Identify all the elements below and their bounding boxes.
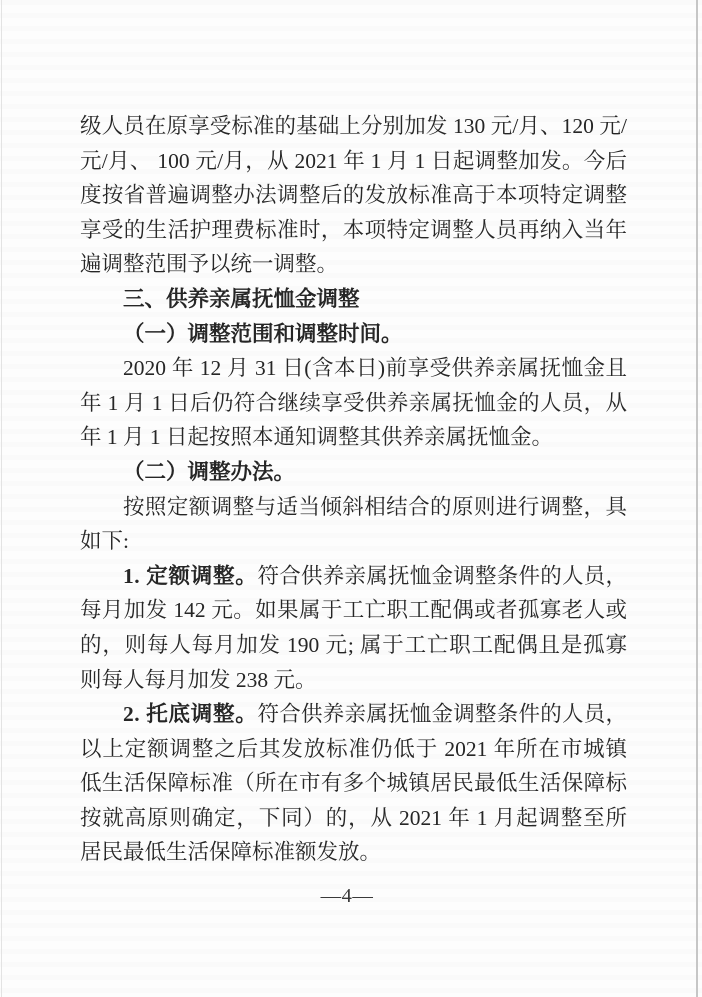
text-line: 的，则每人每月加发 190 元; 属于工亡职工配偶且是孤寡老人的， [80, 628, 627, 663]
text-line: 如下: [80, 524, 627, 559]
text-line: 按就高原则确定，下同）的，从 2021 年 1 月起调整至所在市城镇 [80, 801, 627, 836]
scan-edge-right [696, 0, 698, 997]
text-line: 每月加发 142 元。如果属于工亡职工配偶或者孤寡老人或者孤儿 [80, 593, 627, 628]
text-line: 年 1 月 1 日后仍符合继续享受供养亲属抚恤金的人员，从 2021 [80, 386, 627, 421]
scan-edge-left [1, 0, 2, 997]
text-line: 低生活保障标准（所在市有多个城镇居民最低生活保障标准的， [80, 766, 627, 801]
subsection-heading: （一）调整范围和调整时间。 [80, 317, 627, 352]
text-line: 享受的生活护理费标准时，本项特定调整人员再纳入当年度省普 [80, 213, 627, 248]
text-line: 2. 托底调整。符合供养亲属抚恤金调整条件的人员，按照 [80, 697, 627, 732]
section-heading: 三、供养亲属抚恤金调整 [80, 282, 627, 317]
text-line: 遍调整范围予以统一调整。 [80, 247, 627, 282]
subsection-heading: （二）调整办法。 [80, 455, 627, 490]
item-number-heading: 1. 定额调整。 [123, 564, 258, 588]
text-line: 度按省普遍调整办法调整后的发放标准高于本项特定调整人员所 [80, 178, 627, 213]
text-line: 以上定额调整之后其发放标准仍低于 2021 年所在市城镇居民最 [80, 732, 627, 767]
page-number: —4— [0, 885, 694, 908]
document-body: 级人员在原享受标准的基础上分别加发 130 元/月、120 元/月、110 元/… [80, 109, 627, 870]
text-line: 级人员在原享受标准的基础上分别加发 130 元/月、120 元/月、110 [80, 109, 627, 144]
text-line: 居民最低生活保障标准额发放。 [80, 835, 627, 870]
text-line: 则每人每月加发 238 元。 [80, 663, 627, 698]
text-line: 年 1 月 1 日起按照本通知调整其供养亲属抚恤金。 [80, 420, 627, 455]
text-line: 元/月、 100 元/月，从 2021 年 1 月 1 日起调整加发。今后待当年 [80, 144, 627, 179]
text-line: 1. 定额调整。符合供养亲属抚恤金调整条件的人员，每人 [80, 559, 627, 594]
text-line: 2020 年 12 月 31 日(含本日)前享受供养亲属抚恤金且在 2021 [80, 351, 627, 386]
text-line: 按照定额调整与适当倾斜相结合的原则进行调整，具体办法 [80, 490, 627, 525]
document-page: 级人员在原享受标准的基础上分别加发 130 元/月、120 元/月、110 元/… [0, 0, 702, 997]
item-number-heading: 2. 托底调整。 [123, 702, 258, 726]
